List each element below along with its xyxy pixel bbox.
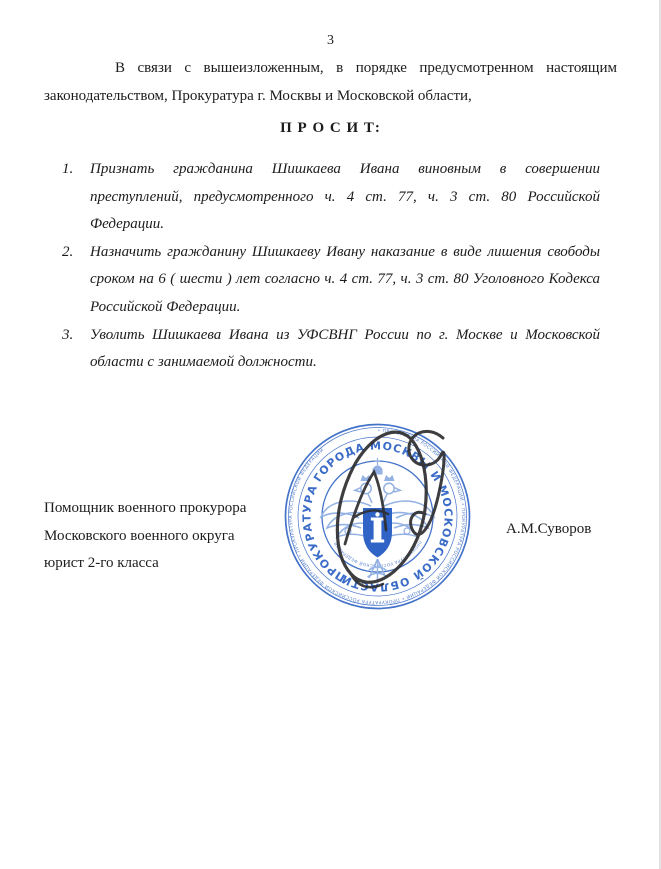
request-item-3: 3. Уволить Шишкаева Ивана из УФСВНГ Росс… [62,322,602,377]
signer-position-line-1: Помощник военного прокурора [44,495,246,523]
request-item-2-number: 2. [62,239,86,267]
page-number: 3 [0,33,661,49]
request-item-3-number: 3. [62,322,86,350]
handwritten-signature [295,412,495,607]
request-item-1-text: Признать гражданина Шишкаева Ивана винов… [90,156,600,239]
request-item-3-text: Уволить Шишкаева Ивана из УФСВНГ России … [90,322,600,377]
signer-position-line-2: Московского военного округа [44,523,246,551]
signer-position-block: Помощник военного прокурора Московского … [44,495,246,578]
signer-position-line-3: юрист 2-го класса [44,550,246,578]
signature-ink-icon [295,412,495,607]
intro-paragraph: В связи с вышеизложенным, в порядке пред… [44,54,617,110]
request-item-2-text: Назначить гражданину Шишкаеву Ивану нака… [90,239,600,322]
signer-name: А.М.Суворов [506,521,591,538]
request-item-1: 1. Признать гражданина Шишкаева Ивана ви… [62,156,602,239]
request-list: 1. Признать гражданина Шишкаева Ивана ви… [62,156,602,377]
request-item-1-number: 1. [62,156,86,184]
request-item-2: 2. Назначить гражданину Шишкаеву Ивану н… [62,239,602,322]
request-heading: П Р О С И Т: [0,120,661,137]
